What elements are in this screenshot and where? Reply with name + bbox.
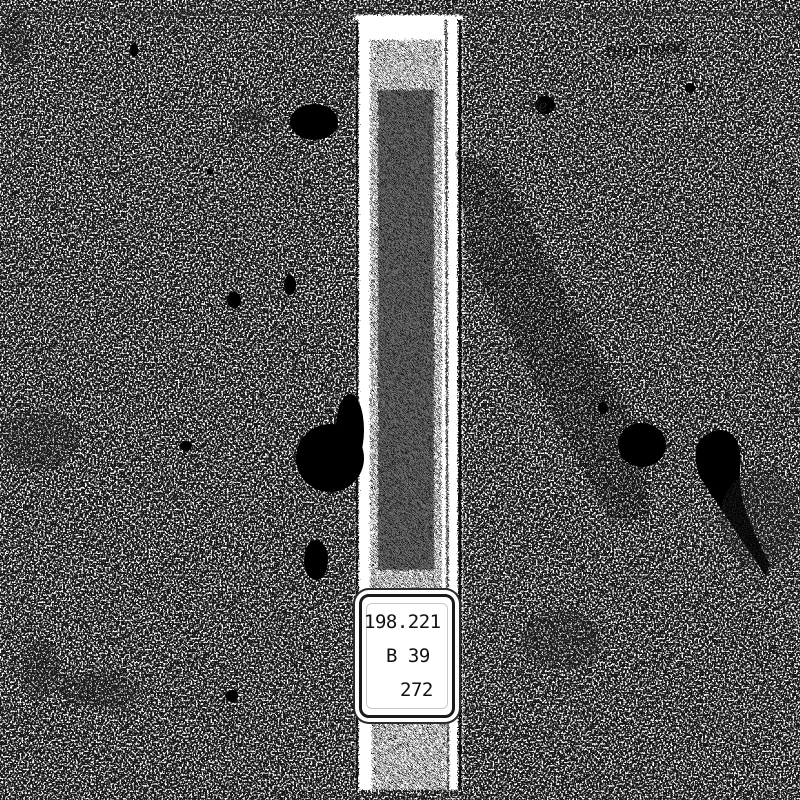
handwritten-note: napmone: [604, 36, 687, 62]
call-number-label: 198.221 B 39 272: [359, 594, 455, 718]
call-number-item: 272: [400, 679, 452, 701]
call-number-cutter: B 39: [386, 645, 452, 667]
call-number-class: 198.221: [364, 611, 452, 633]
